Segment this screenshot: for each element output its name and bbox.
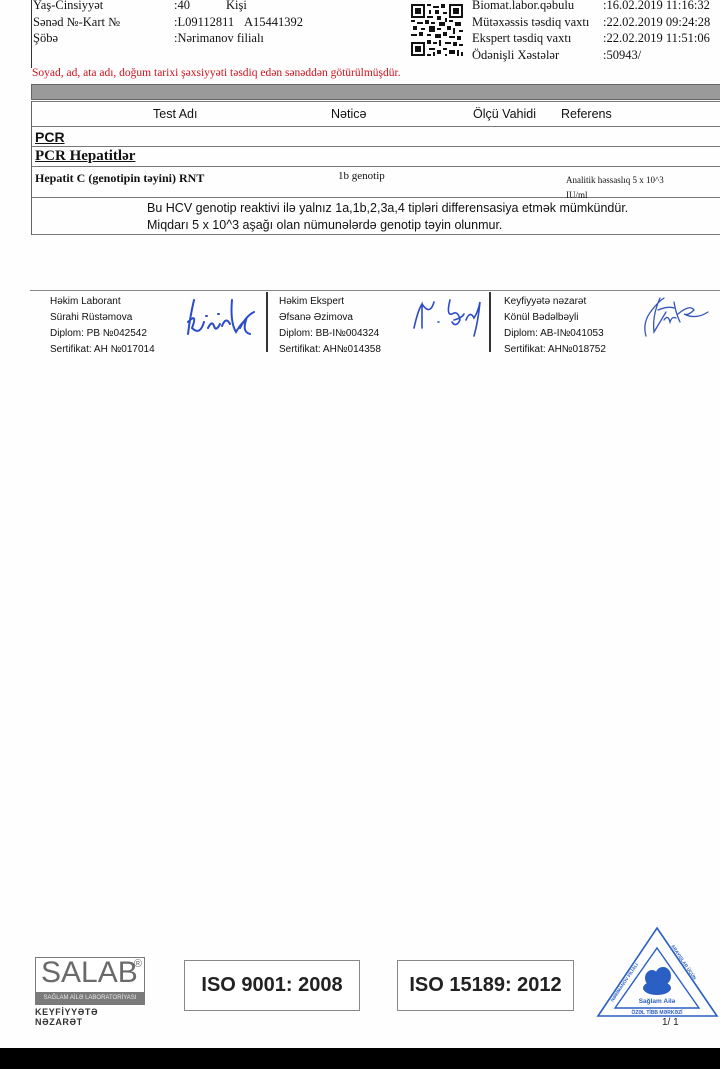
signature-icon [408,292,488,344]
signature-separator [266,292,268,352]
signatory-lab-doctor: Həkim Laborant Sürahi Rüstəmova Diplom: … [50,294,155,358]
stamp-bottom-text: ÖZƏL TİBB MƏRKƏZİ [631,1009,683,1016]
timestamp-label: Ekspert təsdiq vaxtı [472,30,603,47]
salab-wordmark: SALAB [41,956,138,990]
section-heading: PCR [32,127,720,147]
signature-divider [30,290,720,291]
clinic-stamp-icon: Sağlam Ailə ÖZƏL TİBB MƏRKƏZİ NƏRİMANOV … [595,926,720,1022]
info-value: :Nərimanov filialı [174,30,264,47]
iso-15189-badge: ISO 15189: 2012 [397,960,574,1011]
info-label: Yaş-Cinsiyyət [33,0,174,14]
note-text: Bu HCV genotip reaktivi ilə yalnız 1a,1b… [147,200,628,234]
stamp-center-text: Sağlam Ailə [639,998,676,1005]
signatory-diploma: Diplom: PB №042542 [50,326,155,342]
timestamp-row: Mütəxəssis təsdiq vaxtı :22.02.2019 09:2… [472,14,710,31]
timestamp-value: :50943/ [603,47,641,64]
signatory-certificate: Sertifikat: AH №017014 [50,342,155,358]
screen-bottom-bar [0,1048,720,1069]
info-value: A15441392 [244,14,324,31]
timestamp-label: Biomat.labor.qəbulu [472,0,603,14]
page-number: 1/ 1 [662,1017,679,1028]
signature-separator [489,292,491,352]
timestamp-value: :16.02.2019 11:16:32 [603,0,710,14]
signatory-expert: Həkim Ekspert Əfsanə Əzimova Diplom: BB-… [279,294,381,358]
timestamp-row: Ödənişli Xəstələr :50943/ [472,47,710,64]
stamp-right-text: ARAYIŞLAR ÜÇÜN [670,943,698,981]
iso-9001-badge: ISO 9001: 2008 [184,960,360,1011]
salab-caption: KEYFİYYƏTƏ NƏZARƏT [35,1007,145,1027]
signatory-role: Həkim Laborant [50,294,155,310]
salab-subtitle: SAĞLAM AİLƏ LABORATORİYASI [36,992,144,1004]
timestamp-row: Ekspert təsdiq vaxtı :22.02.2019 11:51:0… [472,30,710,47]
section-title: PCR [35,129,65,145]
timestamps-info: Biomat.labor.qəbulu :16.02.2019 11:16:32… [472,0,710,63]
table-header: Test Adı Nəticə Ölçü Vahidi Referens [32,101,720,127]
signatory-name: Əfsanə Əzimova [279,310,381,326]
timestamp-value: :22.02.2019 11:51:06 [603,30,710,47]
timestamp-label: Mütəxəssis təsdiq vaxtı [472,14,603,31]
info-value: Kişi [226,0,306,14]
subsection-title: PCR Hepatitlər [35,148,135,165]
signatory-role: Həkim Ekspert [279,294,381,310]
header-reference: Referens [561,107,612,121]
lab-report-page: Yaş-Cinsiyyət :40 Kişi Sənəd №-Kart № :L… [0,0,720,1048]
table-note: Bu HCV genotip reaktivi ilə yalnız 1a,1b… [32,198,720,235]
registered-mark: ® [134,958,142,970]
signatory-certificate: Sertifikat: AH№014358 [279,342,381,358]
signature-icon [638,292,714,342]
test-name: Hepatit C (genotipin təyini) RNT [35,171,204,186]
header-result: Nəticə [331,107,366,121]
header-left-border [31,0,32,68]
header-test-name: Test Adı [153,107,197,121]
reference-line: Analitik həssaslıq 5 x 10^3 [566,173,664,188]
note-line: Bu HCV genotip reaktivi ilə yalnız 1a,1b… [147,200,628,217]
table-row: Hepatit C (genotipin təyini) RNT 1b geno… [32,167,720,198]
patient-info-row: Şöbə :Nərimanov filialı [33,30,324,47]
note-line: Miqdarı 5 x 10^3 aşağı olan nümunələrdə … [147,217,628,234]
header-unit: Ölçü Vahidi [473,107,536,121]
patient-info-row: Sənəd №-Kart № :L09112811 A15441392 [33,14,324,31]
signatory-name: Könül Bədəlbəyli [504,310,606,326]
identity-warning: Soyad, ad, ata adı, doğum tarixi şəxsiyy… [32,67,401,79]
section-divider-bar [31,84,720,100]
info-value: :L09112811 [174,14,244,31]
patient-info-row: Yaş-Cinsiyyət :40 Kişi [33,0,324,14]
test-result: 1b genotip [338,170,385,182]
salab-logo: SALAB ® SAĞLAM AİLƏ LABORATORİYASI KEYFİ… [35,957,145,1027]
info-label: Şöbə [33,30,174,47]
signatory-diploma: Diplom: AB-I№041053 [504,326,606,342]
timestamp-row: Biomat.labor.qəbulu :16.02.2019 11:16:32 [472,0,710,14]
results-table: Test Adı Nəticə Ölçü Vahidi Referens PCR… [31,101,720,235]
signatory-name: Sürahi Rüstəmova [50,310,155,326]
signatory-quality-control: Keyfiyyətə nəzarət Könül Bədəlbəyli Dipl… [504,294,606,358]
subsection-heading: PCR Hepatitlər [32,147,720,167]
patient-info: Yaş-Cinsiyyət :40 Kişi Sənəd №-Kart № :L… [33,0,324,47]
signatory-certificate: Sertifikat: AH№018752 [504,342,606,358]
qr-code-icon [411,4,463,56]
signatory-role: Keyfiyyətə nəzarət [504,294,606,310]
timestamp-value: :22.02.2019 09:24:28 [603,14,710,31]
info-value: :40 [174,0,226,14]
timestamp-label: Ödənişli Xəstələr [472,47,603,64]
signature-icon [180,292,260,342]
signatory-diploma: Diplom: BB-I№004324 [279,326,381,342]
stamp-left-text: NƏRİMANOV FİLİALI [609,962,639,1003]
info-label: Sənəd №-Kart № [33,14,174,31]
salab-logo-box: SALAB ® SAĞLAM AİLƏ LABORATORİYASI [35,957,145,1005]
